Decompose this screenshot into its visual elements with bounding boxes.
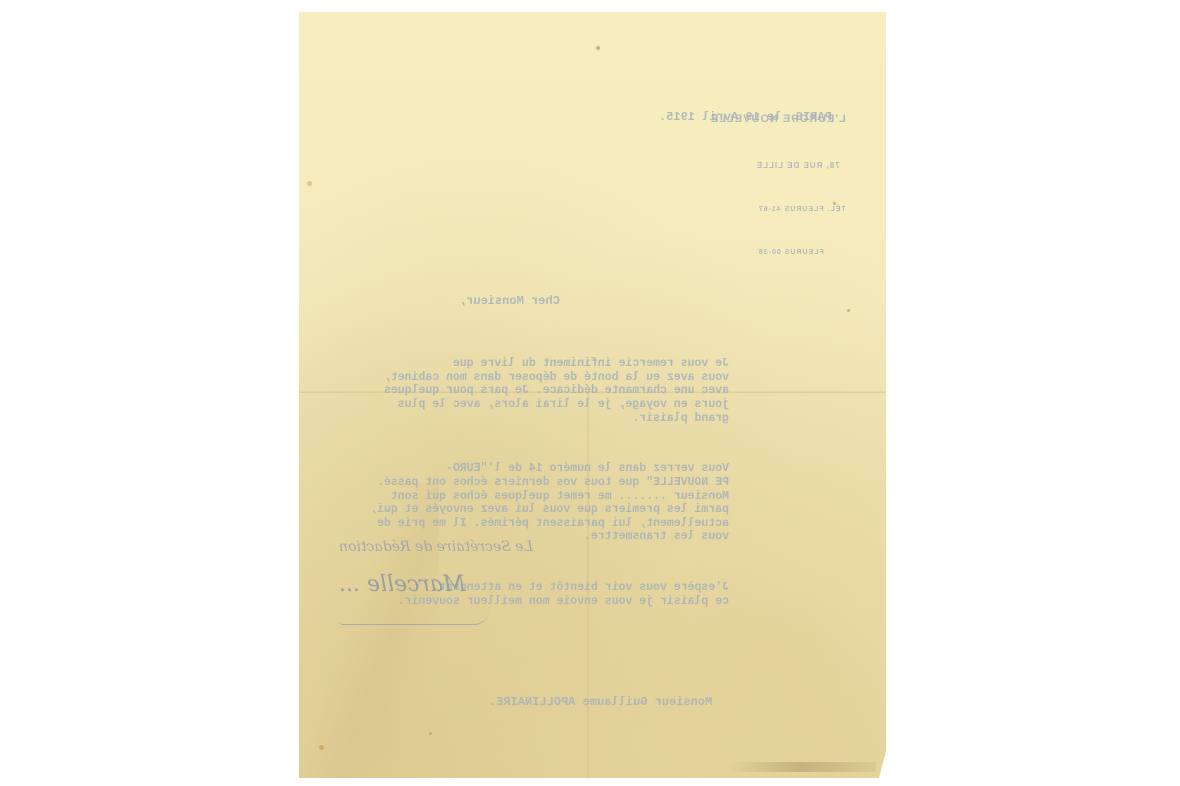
- letter-paper: L'EUROPE NOUVELLE 78, RUE DE LILLE TÉL. …: [299, 12, 886, 778]
- stain-spot: [596, 46, 600, 50]
- signature-flourish: [339, 610, 489, 625]
- date-line: PARIS, le 19 Avril 1915.: [659, 110, 832, 124]
- stain-spot: [307, 181, 312, 186]
- stain-spot: [319, 745, 324, 750]
- tel-number-1: FLEURUS 41-67: [758, 206, 824, 213]
- salutation: Cher Monsieur,: [459, 294, 560, 308]
- tel-label: TÉL.: [827, 206, 846, 213]
- signature-title: Le Secrétaire de Rédaction: [339, 539, 533, 555]
- paragraph-1: Je vous remercie infiniment du livre que…: [359, 357, 729, 425]
- paragraph-2: Vous verrez dans le numéro 14 de l'"EURO…: [359, 462, 729, 544]
- letterhead-address: 78, RUE DE LILLE: [710, 161, 840, 170]
- handwritten-signature: Marcelle ...: [339, 572, 466, 597]
- letterhead-phone: TÉL. FLEURUS 41-67: [710, 206, 846, 213]
- bottom-edge-wear: [729, 762, 876, 772]
- stain-spot: [847, 309, 850, 312]
- letterhead-phone-2: FLEURUS 00-38: [710, 249, 824, 256]
- recipient-line: Monsieur Guillaume APOLLINAIRE.: [489, 695, 712, 709]
- stain-spot: [429, 732, 432, 735]
- letter-body: Je vous remercie infiniment du livre que…: [359, 330, 729, 645]
